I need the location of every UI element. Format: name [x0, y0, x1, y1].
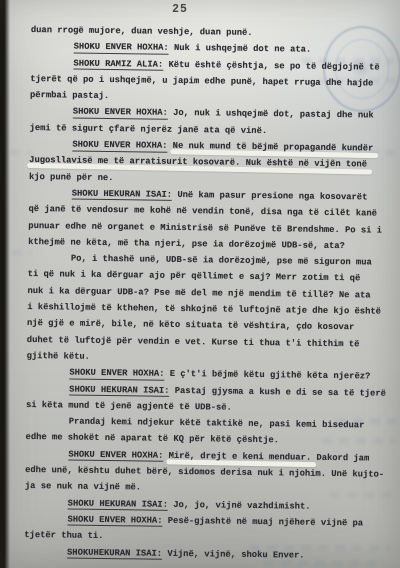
text-segment: Po, i thashë unë, UDB-së ia dorëzojmë, p… — [71, 254, 372, 268]
text-segment: kjo punë për ne. — [29, 172, 114, 183]
text-segment: E ç't'i bëjmë këtu gjithë këta njerëz? — [164, 369, 370, 382]
text-segment: Jo, nuk i ushqejmë dot, pastaj dhe nuk — [168, 108, 374, 121]
speaker-name: SHOKU ENVER HOXHA: — [69, 368, 164, 381]
page-number: 25 — [160, 3, 200, 16]
text-segment: tjetër thua ti. — [24, 530, 103, 541]
text-segment: nuk i ka dërguar UDB-a? Pse më del me nj… — [27, 286, 370, 300]
text-segment: i këshillojmë të kthehen, të shkojnë të … — [27, 302, 381, 317]
speaker-name: SHOKU ENVER HOXHA: — [72, 140, 167, 153]
text-segment: Unë kam pasur presione nga kosovarët — [172, 190, 367, 203]
text-segment: ti që nuk i ka dërguar ajo për qëllimet … — [28, 269, 361, 283]
speaker-name: SHOKU HEKURAN ISAI: — [72, 189, 172, 202]
scanned-document-page: 25 duan rrogë mujore, duan veshje, duan … — [0, 0, 400, 568]
text-segment: tjerët që po i ushqejmë, u japim edhe pu… — [30, 74, 373, 88]
text-segment: Nuk i ushqejmë dot ne ata. — [169, 43, 312, 55]
text-segment: Këtu është çështja, se po të dëgjojnë të — [163, 59, 380, 72]
text-segment: ja se nuk na vijnë më. — [25, 481, 141, 493]
text-segment: kthejmë ne këta, më tha njeri, pse ia do… — [28, 237, 345, 251]
text-segment: duhet të luftojë për vendin e vet. Kurse… — [27, 335, 360, 349]
text-segment: edhe me shokët në aparat të KQ për këtë … — [25, 432, 279, 445]
text-segment: që janë të vendosur me kohë në vendin to… — [28, 204, 377, 219]
text-segment: Pastaj gjysma a kush e di se sa të tjerë — [169, 385, 386, 398]
text-segment: punuar edhe në organet e Ministrisë së P… — [28, 221, 382, 236]
typewritten-text-block: duan rrogë mujore, duan veshje, duan pun… — [24, 22, 395, 565]
page-left-shadow-edge — [0, 0, 10, 568]
speaker-name: SHOKU RAMIZ ALIA: — [73, 58, 163, 71]
text-segment: gjithë këtu. — [27, 351, 90, 362]
text-segment: një gjë e mirë, bile, në këto situata të… — [27, 318, 354, 332]
text-segment: përmbai pastaj. — [30, 90, 109, 101]
text-segment: Prandaj kemi ndjekur këtë taktikë ne, pa… — [69, 417, 365, 431]
text-segment: Mirë, drejt e keni menduar. — [169, 451, 312, 463]
speaker-name: SHOKU HEKURAN ISAI: — [69, 384, 169, 397]
text-segment: si këta mund të jenë agjentë të UDB-së. — [26, 400, 232, 413]
text-segment: Pesë-gjashtë në muaj njëherë vijnë pa — [162, 516, 363, 529]
text-segment: edhe unë, kështu duhet bërë, sidomos der… — [25, 465, 384, 480]
speaker-name: SHOKU HEKURAN ISAI: — [68, 498, 168, 511]
speaker-name: SHOKU ENVER HOXHA: — [74, 42, 169, 55]
speaker-name: SHOKUHEKURAN ISAI: — [67, 547, 162, 560]
text-segment: Jo, jo, vijnë vazhdimisht. — [168, 499, 311, 511]
text-segment: duan rrogë mujore, duan veshje, duan pun… — [31, 25, 253, 38]
speaker-name: SHOKU ENVER HOXHA: — [68, 449, 163, 462]
speaker-name: SHOKU ENVER HOXHA: — [73, 107, 168, 120]
text-segment: jemi të sigurt çfarë njerëz janë ata që … — [30, 123, 268, 136]
speaker-name: SHOKU ENVER HOXHA: — [67, 514, 162, 527]
text-segment: Jugosllavisë me të arratisurit kosovarë.… — [29, 155, 367, 169]
text-segment: Vijnë, vijnë, shoku Enver. — [162, 548, 305, 560]
text-line: SHOKUHEKURAN ISAI: Vijnë, vijnë, shoku E… — [24, 543, 388, 564]
text-segment: Dakord jam — [311, 452, 369, 463]
text-segment: Ne nuk mund të bëjmë propagandë kundër — [173, 141, 374, 154]
